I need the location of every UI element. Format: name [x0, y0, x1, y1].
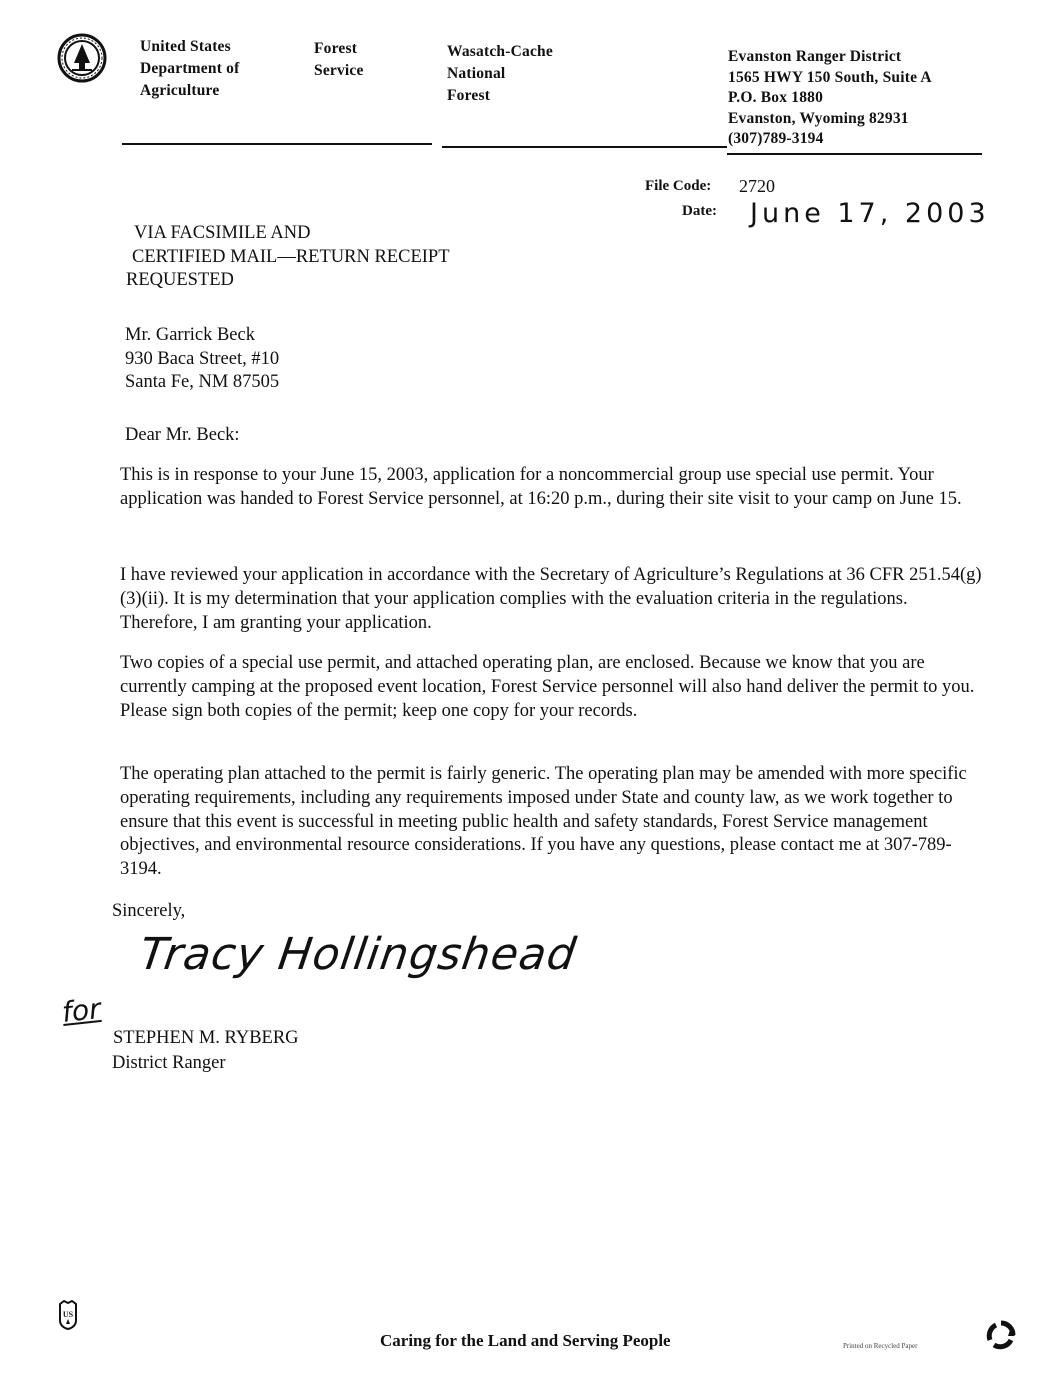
- body-paragraph: This is in response to your June 15, 200…: [120, 464, 982, 512]
- salutation: Dear Mr. Beck:: [125, 424, 240, 448]
- delivery-method: VIA FACSIMILE AND CERTIFIED MAIL—RETURN …: [126, 222, 450, 293]
- office-line: Evanston, Wyoming 82931: [728, 109, 932, 130]
- signature: Tracy Hollingshead: [136, 930, 579, 980]
- office-line: P.O. Box 1880: [728, 88, 932, 109]
- recipient-line: Mr. Garrick Beck: [125, 324, 279, 348]
- delivery-line: REQUESTED: [126, 269, 450, 293]
- letterhead-rule: [727, 153, 982, 155]
- recipient-line: Santa Fe, NM 87505: [125, 371, 279, 395]
- service-line: Forest: [314, 38, 364, 60]
- body-paragraph: The operating plan attached to the permi…: [120, 763, 982, 882]
- office-line: Evanston Ranger District: [728, 47, 932, 68]
- delivery-line: VIA FACSIMILE AND: [126, 222, 450, 246]
- svg-text:US: US: [63, 1310, 74, 1319]
- footer-motto: Caring for the Land and Serving People: [380, 1331, 671, 1351]
- file-code-value: 2720: [739, 176, 775, 197]
- recipient-line: 930 Baca Street, #10: [125, 348, 279, 372]
- forest-line: Wasatch-Cache: [447, 41, 553, 63]
- forest-service-shield-icon: US: [58, 1300, 78, 1330]
- date-value: June 17, 2003: [750, 198, 990, 229]
- agency-name: United States Department of Agriculture: [140, 36, 239, 102]
- usda-seal-icon: [57, 33, 107, 83]
- recipient-address: Mr. Garrick Beck 930 Baca Street, #10 Sa…: [125, 324, 279, 395]
- date-label: Date:: [682, 203, 717, 220]
- forest-line: Forest: [447, 85, 553, 107]
- service-line: Service: [314, 60, 364, 82]
- recycled-paper-note: Printed on Recycled Paper: [843, 1342, 917, 1350]
- recycle-icon: [986, 1320, 1016, 1350]
- signer-name: STEPHEN M. RYBERG: [113, 1027, 299, 1051]
- office-line: (307)789-3194: [728, 129, 932, 150]
- file-code-label: File Code:: [645, 178, 711, 195]
- letterhead-rule: [122, 143, 432, 145]
- signature-for-mark: for: [60, 992, 102, 1029]
- forest-line: National: [447, 63, 553, 85]
- signer-title: District Ranger: [112, 1052, 226, 1076]
- agency-line: United States: [140, 36, 239, 58]
- agency-line: Department of: [140, 58, 239, 80]
- forest-name: Wasatch-Cache National Forest: [447, 41, 553, 107]
- agency-line: Agriculture: [140, 80, 239, 102]
- office-line: 1565 HWY 150 South, Suite A: [728, 68, 932, 89]
- body-paragraph: Two copies of a special use permit, and …: [120, 652, 982, 723]
- letterhead-rule: [442, 146, 727, 148]
- office-address: Evanston Ranger District 1565 HWY 150 So…: [728, 47, 932, 150]
- body-paragraph: I have reviewed your application in acco…: [120, 564, 982, 635]
- service-name: Forest Service: [314, 38, 364, 82]
- delivery-line: CERTIFIED MAIL—RETURN RECEIPT: [126, 246, 450, 270]
- valediction: Sincerely,: [112, 900, 185, 924]
